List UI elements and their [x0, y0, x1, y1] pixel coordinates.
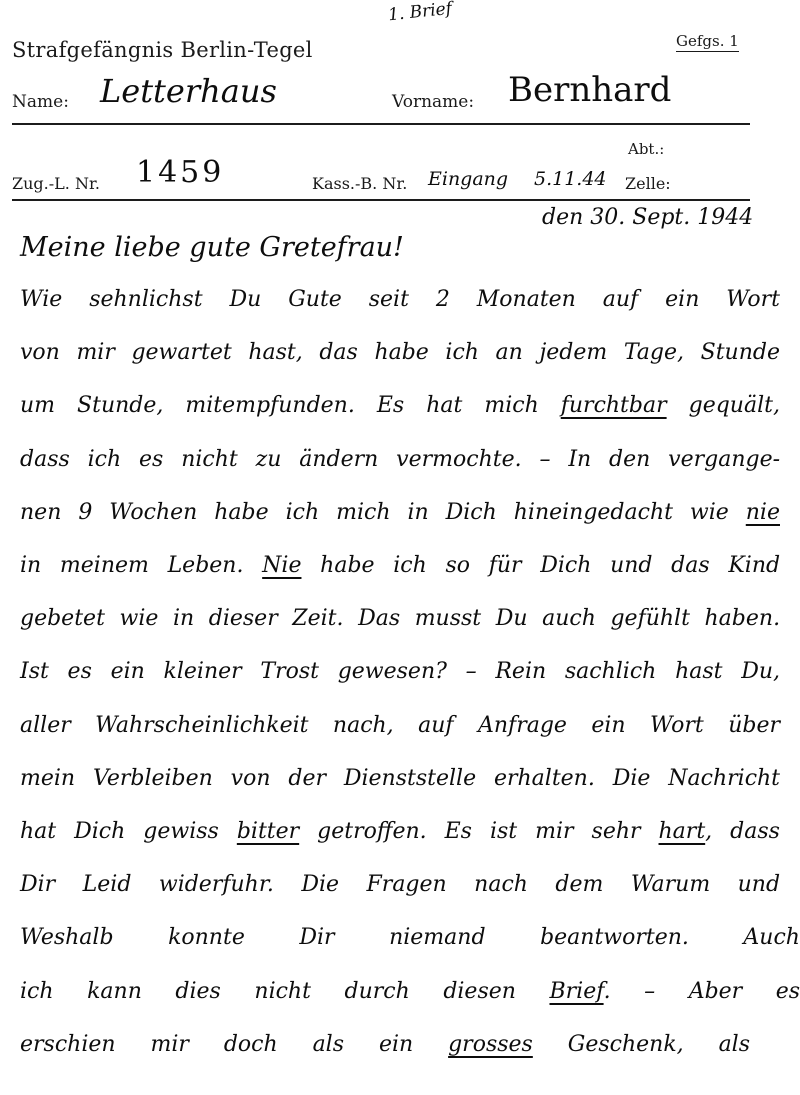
letter-line: von mir gewartet hast, das habe ich an j…	[20, 340, 780, 365]
letter-word: nach	[474, 872, 528, 897]
letter-word: Monaten	[477, 287, 576, 312]
letter-word: ein	[591, 713, 625, 738]
letter-word: zu	[256, 447, 282, 472]
letter-word: mein	[20, 766, 75, 791]
letter-line: Ist es ein kleiner Trost gewesen? – Rein…	[20, 659, 780, 684]
letter-word: ich	[286, 500, 320, 525]
letter-word: Tage,	[624, 340, 684, 365]
letter-word: mich	[484, 393, 538, 418]
letter-word: wie	[119, 606, 158, 631]
letter-word: 9	[78, 500, 92, 525]
letter-word: Stunde	[701, 340, 780, 365]
letter-word: hat	[426, 393, 462, 418]
letter-line: nen 9 Wochen habe ich mich in Dich hinei…	[20, 500, 780, 525]
letter-word: Wahrscheinlichkeit	[95, 713, 308, 738]
letter-word: Wort	[650, 713, 704, 738]
letter-word: Wort	[726, 287, 780, 312]
letter-word: meinem	[60, 553, 149, 578]
letter-word: nach,	[333, 713, 394, 738]
letter-word: Dich	[540, 553, 591, 578]
salutation: Meine liebe gute Gretefrau!	[20, 232, 404, 263]
letter-word: nicht	[181, 447, 238, 472]
letter-word: jedem	[539, 340, 607, 365]
letter-word: Auch	[743, 925, 800, 950]
letter-word: Dir	[299, 925, 334, 950]
letter-word: auf	[603, 287, 638, 312]
letter-word: Du,	[741, 659, 780, 684]
letter-word: von	[20, 340, 60, 365]
letter-word: mir	[150, 1032, 188, 1057]
name-label: Name:	[12, 92, 69, 112]
letter-word: Wochen	[109, 500, 197, 525]
letter-word: auch	[542, 606, 596, 631]
letter-word: Rein	[495, 659, 546, 684]
letter-word: als	[719, 1032, 750, 1057]
kass-date: 5.11.44	[534, 168, 607, 190]
letter-word: mich	[336, 500, 390, 525]
letter-word: es	[139, 447, 163, 472]
letter-word: gewesen?	[338, 659, 447, 684]
zug-label: Zug.-L. Nr.	[12, 174, 100, 193]
letter-line: um Stunde, mitempfunden. Es hat mich fur…	[20, 393, 780, 418]
letter-number-annotation: 1. Brief	[387, 0, 453, 25]
letter-word: Zeit.	[292, 606, 343, 631]
kass-value: Eingang	[428, 168, 508, 190]
letter-word: gewartet	[131, 340, 231, 365]
letter-word: auf	[418, 713, 453, 738]
letter-line: ich kann dies nicht durch diesen Brief. …	[20, 979, 800, 1004]
letter-word: Nie	[262, 553, 301, 578]
letter-word: sehr	[592, 819, 641, 844]
letter-word: Leid	[83, 872, 132, 897]
letter-word: ich	[445, 340, 479, 365]
letter-word: kann	[87, 979, 142, 1004]
letter-word: Dich	[446, 500, 497, 525]
letter-word: doch	[224, 1032, 278, 1057]
letter-word: kleiner	[164, 659, 242, 684]
letter-word: dem	[555, 872, 603, 897]
letter-word: um	[20, 393, 55, 418]
letter-word: Warum	[631, 872, 710, 897]
letter-line: mein Verbleiben von der Dienststelle erh…	[20, 766, 780, 791]
letter-word: Dir	[20, 872, 55, 897]
letter-word: über	[728, 713, 780, 738]
letter-word: furchtbar	[561, 393, 667, 418]
letter-word: habe	[214, 500, 268, 525]
letter-word: mir	[535, 819, 573, 844]
letter-word: haben.	[705, 606, 781, 631]
letter-word: für	[489, 553, 522, 578]
letter-word: Weshalb	[20, 925, 114, 950]
letter-word: beantworten.	[540, 925, 689, 950]
letter-word: nicht	[254, 979, 311, 1004]
letter-word: der	[288, 766, 326, 791]
letter-word: grosses	[448, 1032, 533, 1057]
letter-word: ich	[393, 553, 427, 578]
abt-label: Abt.:	[628, 140, 664, 158]
letter-word: Trost	[260, 659, 319, 684]
letter-word: konnte	[168, 925, 245, 950]
letter-word: hast,	[248, 340, 302, 365]
letter-word: Dienststelle	[344, 766, 476, 791]
letter-word: –	[644, 979, 655, 1004]
letter-word: ändern	[299, 447, 378, 472]
letter-word: habe	[320, 553, 374, 578]
letter-word: widerfuhr.	[159, 872, 274, 897]
letter-word: Du	[229, 287, 261, 312]
letter-word: von	[231, 766, 271, 791]
letter-word: –	[539, 447, 550, 472]
letter-line: Wie sehnlichst Du Gute seit 2 Monaten au…	[20, 287, 780, 312]
letter-word: Die	[301, 872, 339, 897]
letter-word: 2	[436, 287, 450, 312]
letter-word: an	[496, 340, 523, 365]
letter-line: gebetet wie in dieser Zeit. Das musst Du…	[20, 606, 780, 631]
letter-word: ich	[88, 447, 122, 472]
letter-word: Wie	[20, 287, 62, 312]
letter-line: erschien mir doch als ein grosses Gesche…	[20, 1032, 750, 1057]
letter-word: Leben.	[168, 553, 244, 578]
letter-word: Geschenk,	[568, 1032, 684, 1057]
letter-line: Dir Leid widerfuhr. Die Fragen nach dem …	[20, 872, 780, 897]
letter-word: ein	[379, 1032, 413, 1057]
letter-word: ein	[111, 659, 145, 684]
letter-word: Das	[358, 606, 400, 631]
letter-word: Nachricht	[668, 766, 780, 791]
letter-word: das	[671, 553, 710, 578]
header-divider-2	[12, 199, 750, 201]
letter-word: dieser	[209, 606, 278, 631]
kass-label: Kass.-B. Nr.	[312, 174, 407, 193]
letter-word: seit	[369, 287, 409, 312]
letter-word: ist	[490, 819, 517, 844]
letter-word: in	[173, 606, 194, 631]
letter-word: Aber	[689, 979, 743, 1004]
letter-word: bitter	[237, 819, 299, 844]
letter-word: aller	[20, 713, 71, 738]
letter-word: hineingedacht	[514, 500, 673, 525]
letter-word: gefühlt	[610, 606, 689, 631]
letter-word: gebetet	[20, 606, 105, 631]
letter-word: diesen	[443, 979, 516, 1004]
letter-word: und	[610, 553, 652, 578]
letter-word: in	[407, 500, 428, 525]
letter-word: Verbleiben	[93, 766, 213, 791]
firstname-label: Vorname:	[392, 92, 474, 112]
letter-word: Fragen	[367, 872, 447, 897]
letter-word: Ist	[20, 659, 49, 684]
letter-word: Stunde,	[77, 393, 163, 418]
letter-word: habe	[374, 340, 428, 365]
letter-line: hat Dich gewiss bitter getroffen. Es ist…	[20, 819, 780, 844]
letter-word: vermochte.	[396, 447, 521, 472]
letter-word: dass	[730, 819, 780, 844]
letter-word: es	[776, 979, 800, 1004]
letter-word: erschien	[20, 1032, 116, 1057]
letter-word: Die	[613, 766, 651, 791]
zelle-label: Zelle:	[625, 174, 671, 193]
letter-word: vergange-	[668, 447, 780, 472]
letter-word: Brief.	[549, 979, 610, 1004]
letter-word: mir	[76, 340, 114, 365]
letter-word: dies	[175, 979, 220, 1004]
letter-word: nie	[746, 500, 780, 525]
letter-word: als	[313, 1032, 344, 1057]
letter-word: gewiss	[143, 819, 219, 844]
form-code: Gefgs. 1	[676, 32, 739, 52]
letter-word: und	[738, 872, 780, 897]
letter-word: den	[609, 447, 650, 472]
letter-word: gequält,	[689, 393, 780, 418]
letter-word: in	[20, 553, 41, 578]
letter-word: musst	[415, 606, 481, 631]
letter-line: dass ich es nicht zu ändern vermochte. –…	[20, 447, 780, 472]
letter-word: erhalten.	[494, 766, 595, 791]
letter-word: niemand	[389, 925, 485, 950]
letter-word: Gute	[288, 287, 342, 312]
letter-line: Weshalb konnte Dir niemand beantworten. …	[20, 925, 800, 950]
institution-title: Strafgefängnis Berlin-Tegel	[12, 38, 313, 62]
letter-word: es	[68, 659, 92, 684]
letter-word: das	[319, 340, 358, 365]
header-divider	[12, 123, 750, 125]
name-value: Letterhaus	[100, 72, 277, 110]
letter-date: den 30. Sept. 1944	[542, 205, 753, 230]
letter-word: hat	[20, 819, 56, 844]
letter-word: sehnlichst	[89, 287, 202, 312]
letter-word: ein	[665, 287, 699, 312]
letter-word: durch	[345, 979, 410, 1004]
letter-word: Anfrage	[478, 713, 567, 738]
letter-line: in meinem Leben. Nie habe ich so für Dic…	[20, 553, 780, 578]
letter-line: aller Wahrscheinlichkeit nach, auf Anfra…	[20, 713, 780, 738]
firstname-value: Bernhard	[508, 70, 671, 110]
letter-word: Es	[445, 819, 472, 844]
letter-word: so	[445, 553, 470, 578]
letter-word: dass	[20, 447, 70, 472]
letter-word: hast	[675, 659, 722, 684]
letter-word: Kind	[728, 553, 780, 578]
zug-value: 1459	[136, 155, 224, 190]
letter-word: Es	[377, 393, 404, 418]
letter-word: wie	[690, 500, 729, 525]
letter-word: mitempfunden.	[185, 393, 354, 418]
letter-word: –	[466, 659, 477, 684]
letter-word: Du	[496, 606, 528, 631]
letter-word: hart,	[659, 819, 713, 844]
letter-word: ich	[20, 979, 54, 1004]
letter-word: sachlich	[565, 659, 656, 684]
letter-word: In	[568, 447, 591, 472]
letter-word: nen	[20, 500, 61, 525]
letter-word: getroffen.	[317, 819, 426, 844]
letter-word: Dich	[74, 819, 125, 844]
